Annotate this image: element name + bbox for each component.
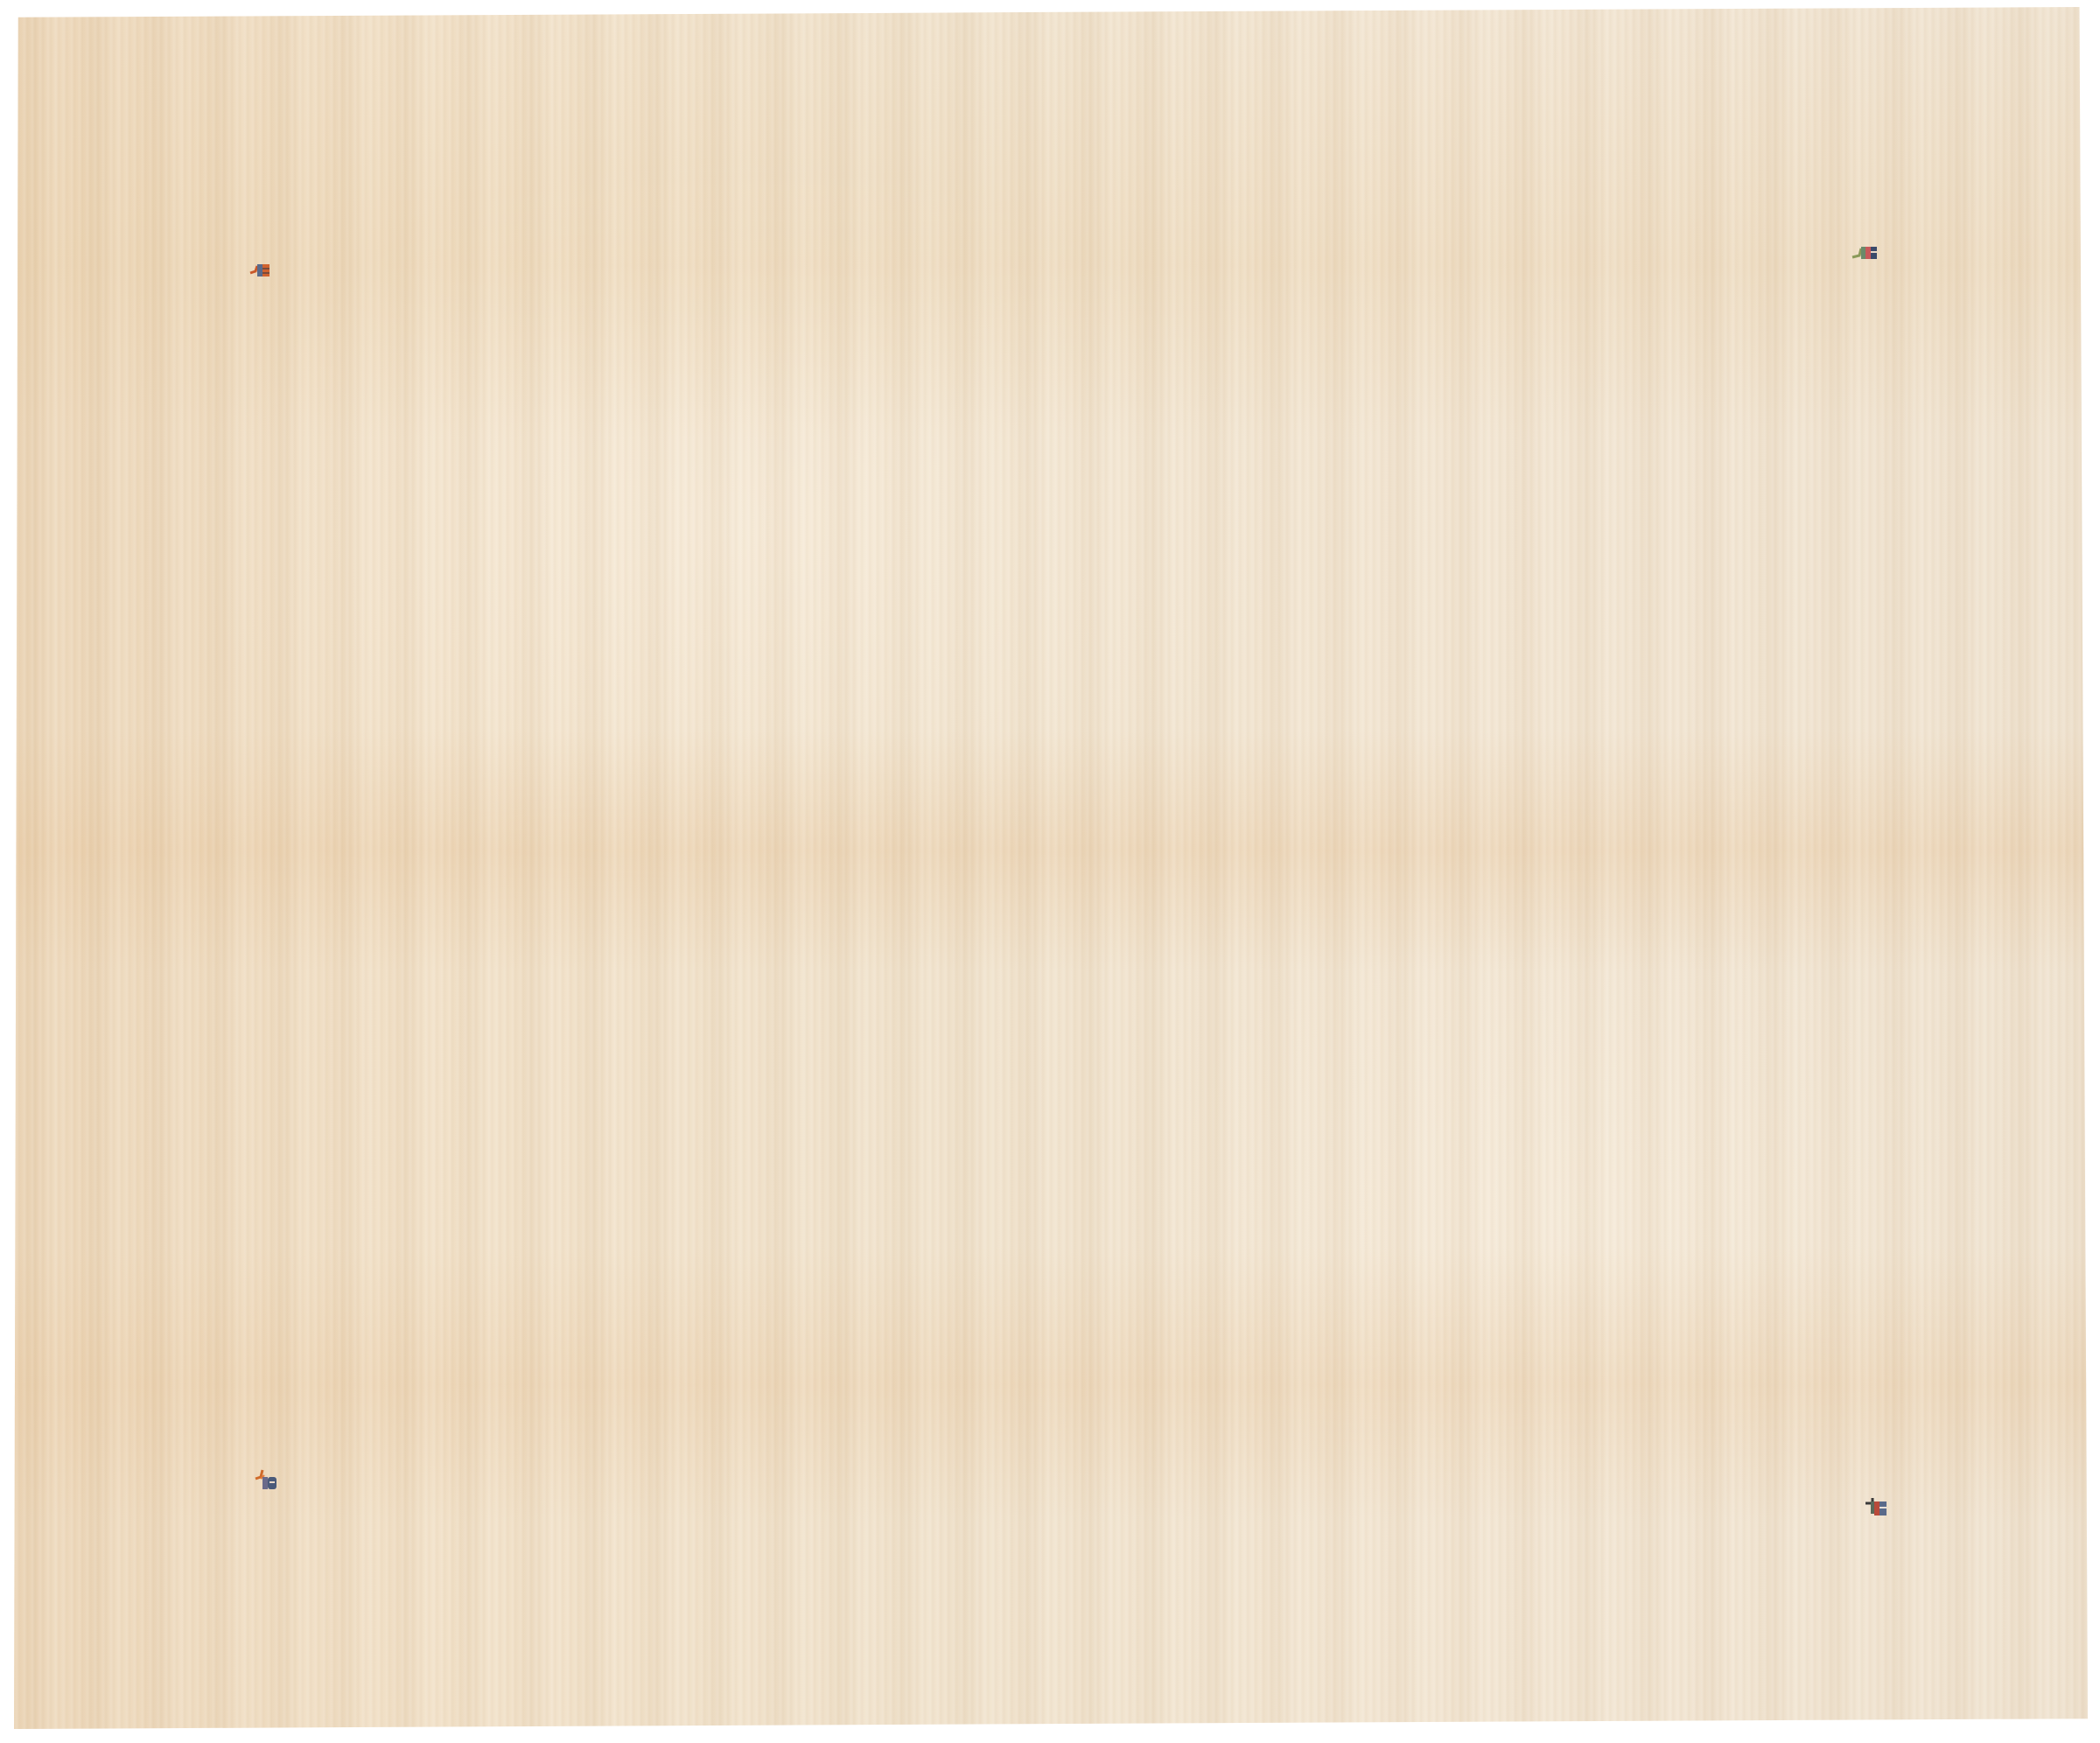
animal-motif-top-right-icon	[1851, 238, 1882, 266]
animal-motif-bottom-left-icon	[254, 1466, 285, 1494]
animal-motif-top-left-icon	[247, 254, 278, 282]
rug	[14, 7, 2088, 1729]
animal-motif-bottom-right-icon	[1864, 1494, 1895, 1522]
